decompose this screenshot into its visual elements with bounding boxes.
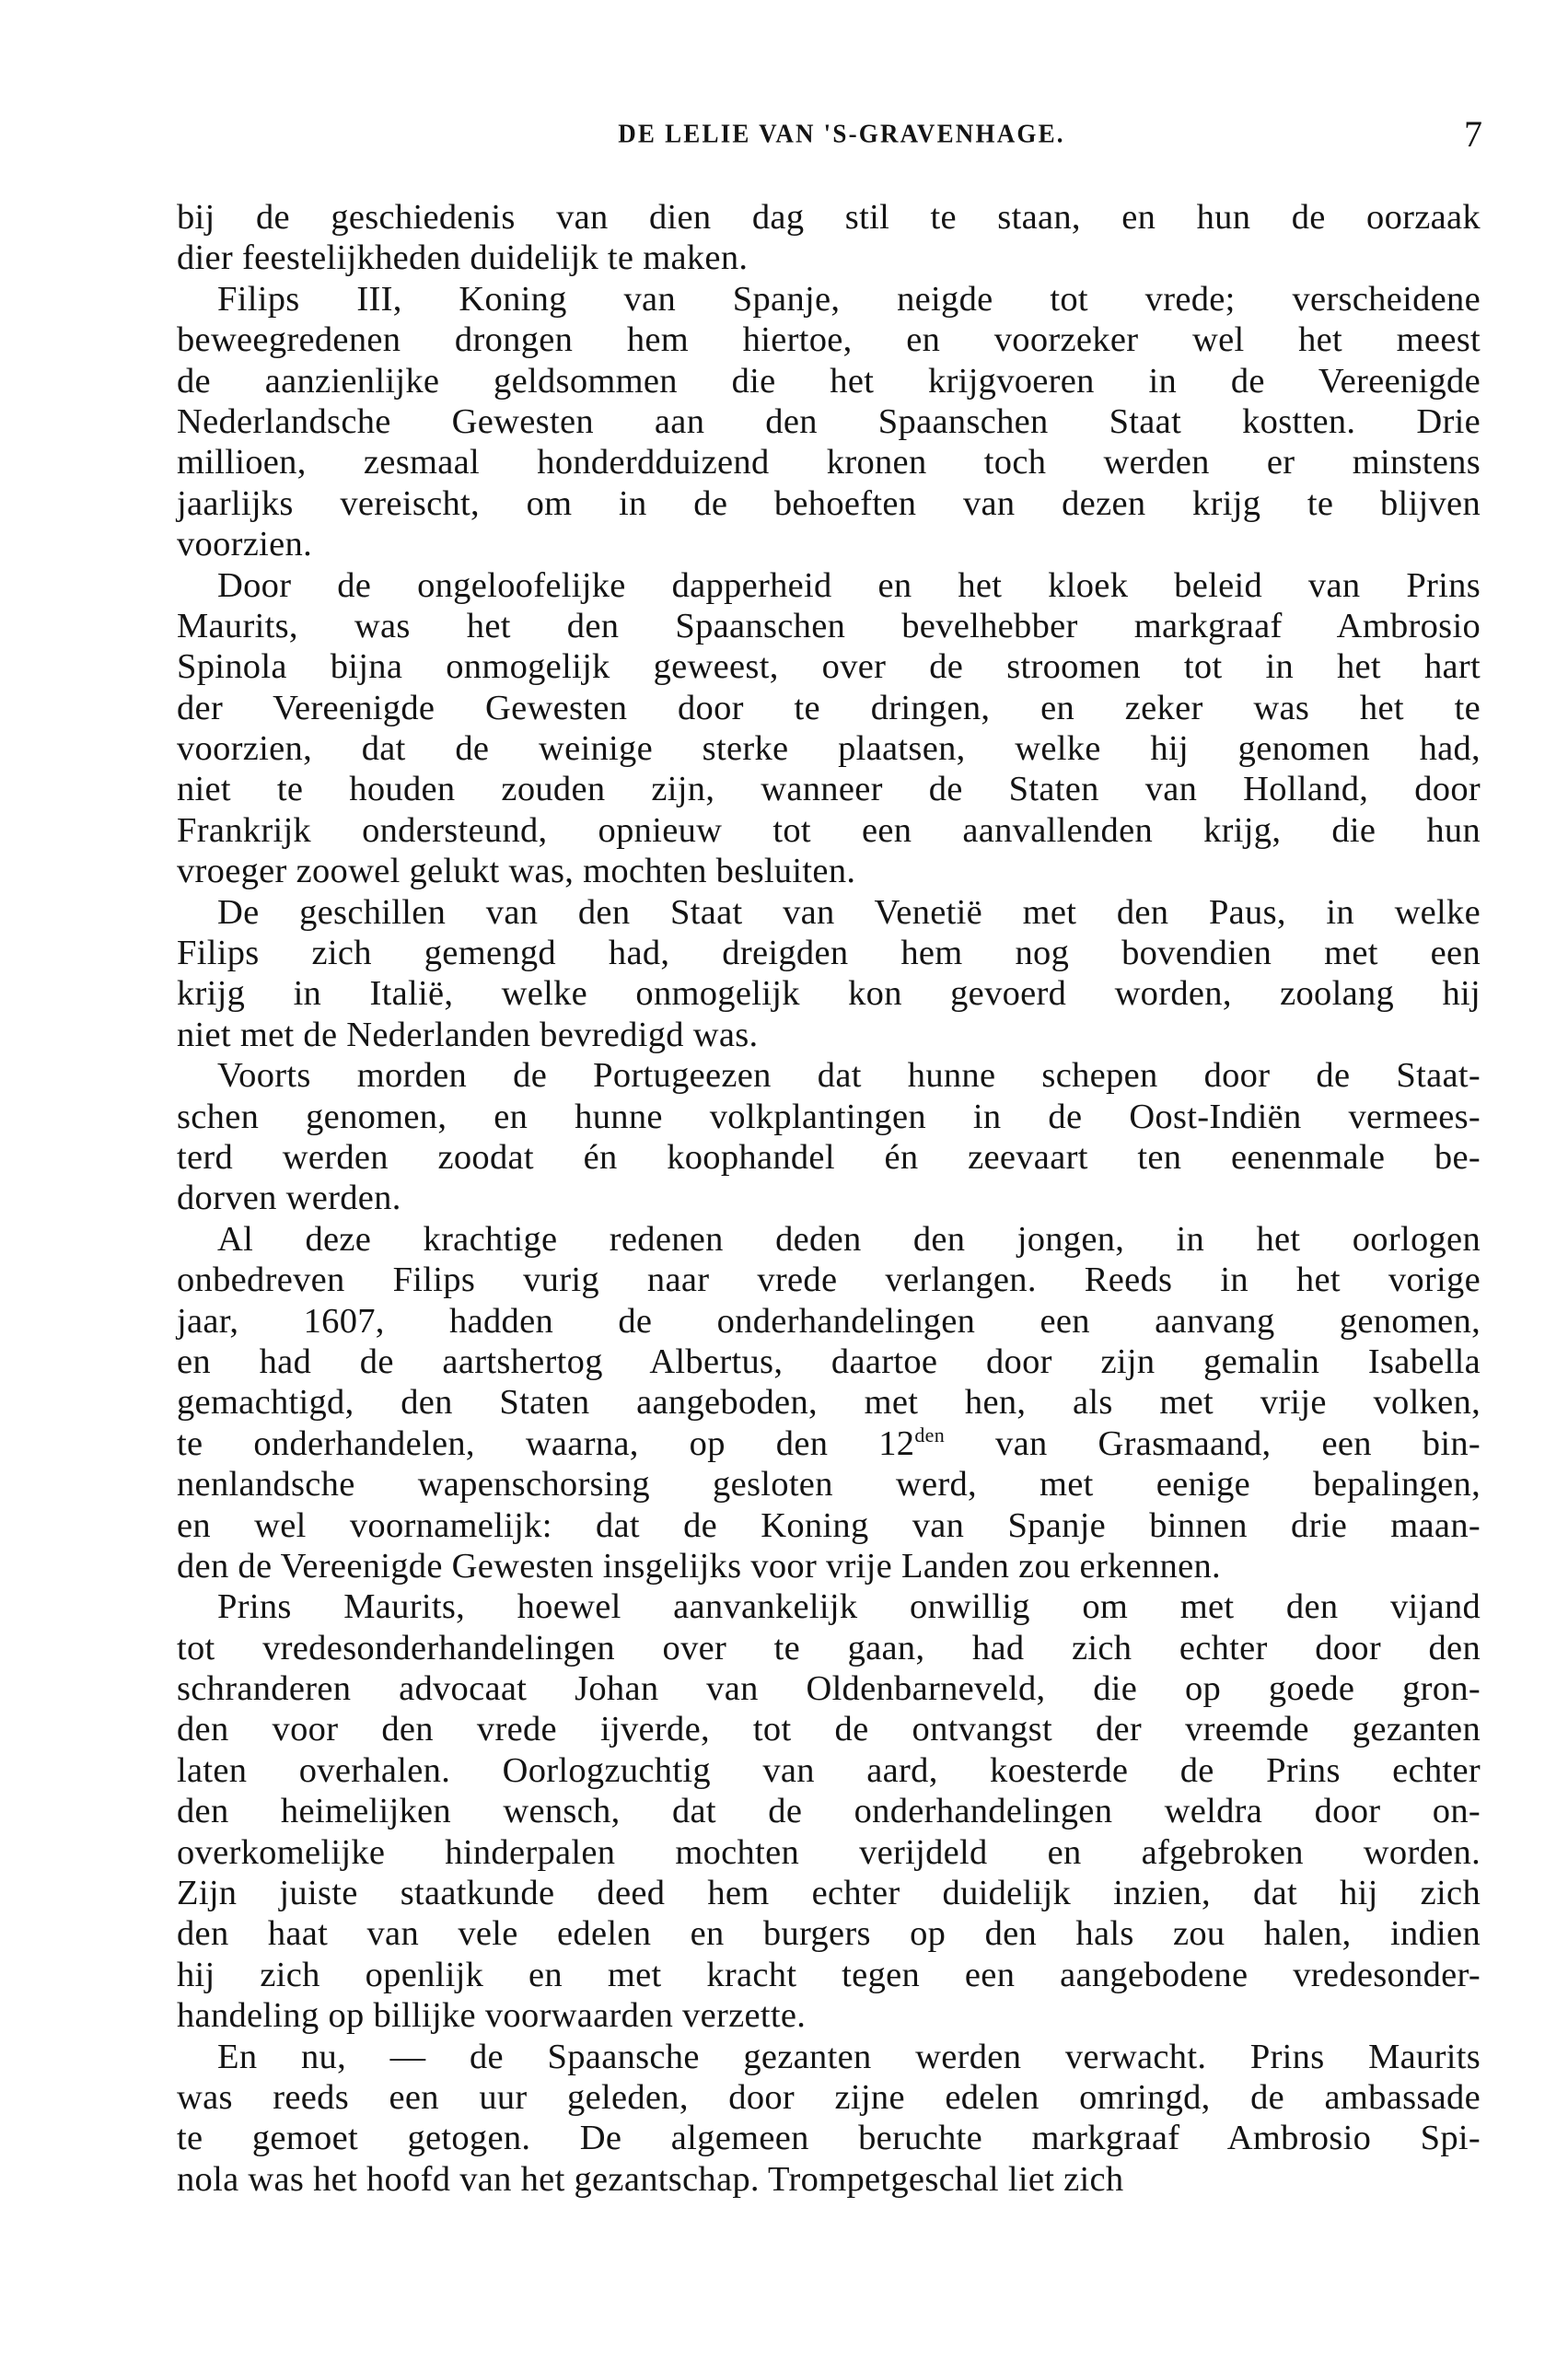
text-line: Al deze krachtige redenen deden den jong… — [177, 1219, 1481, 1260]
paragraph: De geschillen van den Staat van Venetië … — [177, 892, 1481, 1056]
text-line: krijg in Italië, welke onmogelijk kon ge… — [177, 973, 1481, 1014]
text-line: schranderen advocaat Johan van Oldenbarn… — [177, 1668, 1481, 1709]
paragraph: Prins Maurits, hoewel aanvankelijk onwil… — [177, 1586, 1481, 2036]
text-line: Voorts morden de Portugeezen dat hunne s… — [177, 1055, 1481, 1096]
text-line: Filips zich gemengd had, dreigden hem no… — [177, 933, 1481, 973]
text-line: overkomelijke hinderpalen mochten verijd… — [177, 1832, 1481, 1873]
text-line: den de Vereenigde Gewesten insgelijks vo… — [177, 1546, 1481, 1586]
running-title: DE LELIE VAN 'S-GRAVENHAGE. — [177, 119, 1482, 149]
text-line: Frankrijk ondersteund, opnieuw tot een a… — [177, 810, 1481, 851]
text-line: dier feestelijkheden duidelijk te maken. — [177, 238, 1481, 278]
text-line: voorzien, dat de weinige sterke plaatsen… — [177, 728, 1481, 769]
text-line: Door de ongeloofelijke dapperheid en het… — [177, 565, 1481, 606]
paragraph: Voorts morden de Portugeezen dat hunne s… — [177, 1055, 1481, 1219]
text-line: voorzien. — [177, 524, 1481, 564]
text-line: gemachtigd, den Staten aangeboden, met h… — [177, 1382, 1481, 1423]
text-line: vroeger zoowel gelukt was, mochten beslu… — [177, 851, 1481, 891]
text-line: te gemoet getogen. De algemeen beruchte … — [177, 2118, 1481, 2158]
text-line: en had de aartshertog Albertus, daartoe … — [177, 1342, 1481, 1382]
text-line: jaarlijks vereischt, om in de behoeften … — [177, 483, 1481, 524]
text-line: onbedreven Filips vurig naar vrede verla… — [177, 1260, 1481, 1300]
text-line: millioen, zesmaal honderdduizend kronen … — [177, 442, 1481, 482]
text-line: te onderhandelen, waarna, op den 12den v… — [177, 1423, 1481, 1464]
paragraph: bij de geschiedenis van dien dag stil te… — [177, 197, 1481, 279]
text-line: tot vredesonderhandelingen over te gaan,… — [177, 1628, 1481, 1668]
text-line: terd werden zoodat én koophandel én zeev… — [177, 1137, 1481, 1178]
book-page: DE LELIE VAN 'S-GRAVENHAGE. 7 bij de ges… — [0, 0, 1568, 2370]
text-line: niet te houden zouden zijn, wanneer de S… — [177, 769, 1481, 809]
text-line: den haat van vele edelen en burgers op d… — [177, 1913, 1481, 1954]
text-line: nola was het hoofd van het gezantschap. … — [177, 2159, 1481, 2200]
text-line: bij de geschiedenis van dien dag stil te… — [177, 197, 1481, 238]
text-line: En nu, — de Spaansche gezanten werden ve… — [177, 2037, 1481, 2077]
text-line: jaar, 1607, hadden de onderhandelingen e… — [177, 1301, 1481, 1342]
text-line: den voor den vrede ijverde, tot de ontva… — [177, 1709, 1481, 1749]
text-line: dorven werden. — [177, 1178, 1481, 1218]
body-text: bij de geschiedenis van dien dag stil te… — [177, 197, 1481, 2200]
page-number: 7 — [1464, 112, 1482, 156]
text-line: De geschillen van den Staat van Venetië … — [177, 892, 1481, 933]
text-line: de aanzienlijke geldsommen die het krijg… — [177, 361, 1481, 401]
text-line: Filips III, Koning van Spanje, neigde to… — [177, 279, 1481, 319]
text-line: Zijn juiste staatkunde deed hem echter d… — [177, 1873, 1481, 1913]
text-line: en wel voornamelijk: dat de Koning van S… — [177, 1505, 1481, 1546]
text-line: laten overhalen. Oorlogzuchtig van aard,… — [177, 1750, 1481, 1791]
text-line: handeling op billijke voorwaarden verzet… — [177, 1995, 1481, 2036]
text-line: was reeds een uur geleden, door zijne ed… — [177, 2077, 1481, 2118]
text-line: Nederlandsche Gewesten aan den Spaansche… — [177, 401, 1481, 442]
text-line: Prins Maurits, hoewel aanvankelijk onwil… — [177, 1586, 1481, 1627]
text-line: beweegredenen drongen hem hiertoe, en vo… — [177, 319, 1481, 360]
text-line: niet met de Nederlanden bevredigd was. — [177, 1015, 1481, 1055]
text-line: den heimelijken wensch, dat de onderhand… — [177, 1791, 1481, 1831]
paragraph: En nu, — de Spaansche gezanten werden ve… — [177, 2037, 1481, 2201]
paragraph: Door de ongeloofelijke dapperheid en het… — [177, 565, 1481, 892]
ordinal-superscript: den — [914, 1423, 945, 1446]
text-line: der Vereenigde Gewesten door te dringen,… — [177, 688, 1481, 728]
text-line: Spinola bijna onmogelijk geweest, over d… — [177, 646, 1481, 687]
paragraph: Filips III, Koning van Spanje, neigde to… — [177, 279, 1481, 565]
text-line: nenlandsche wapenschorsing gesloten werd… — [177, 1464, 1481, 1504]
text-line: hij zich openlijk en met kracht tegen ee… — [177, 1955, 1481, 1995]
text-line: schen genomen, en hunne volkplantingen i… — [177, 1097, 1481, 1137]
text-line: Maurits, was het den Spaanschen bevelheb… — [177, 606, 1481, 646]
paragraph: Al deze krachtige redenen deden den jong… — [177, 1219, 1481, 1587]
running-head: DE LELIE VAN 'S-GRAVENHAGE. 7 — [177, 114, 1482, 155]
